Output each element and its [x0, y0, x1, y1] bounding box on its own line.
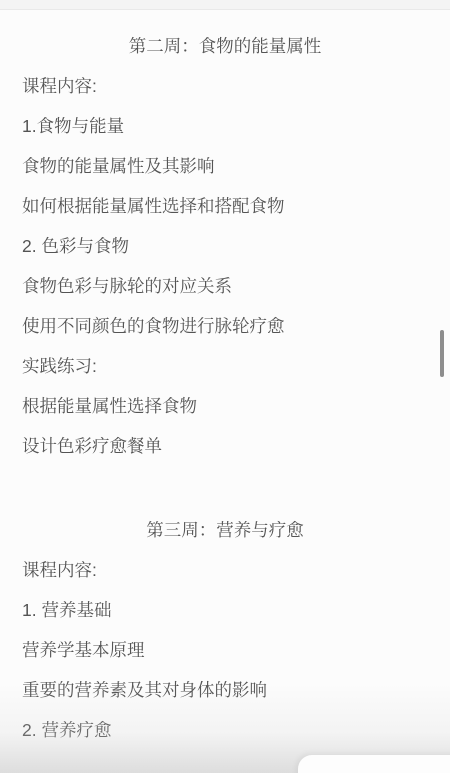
outline-line: 2. 色彩与食物 — [22, 226, 428, 266]
outline-line: 如何根据能量属性选择和搭配食物 — [22, 186, 428, 226]
outline-line: 食物的能量属性及其影响 — [22, 146, 428, 186]
outline-line: 课程内容: — [22, 550, 428, 590]
outline-line: 使用不同颜色的食物进行脉轮疗愈 — [22, 306, 428, 346]
course-outline-text: 第二周：食物的能量属性 课程内容: 1.食物与能量 食物的能量属性及其影响 如何… — [22, 0, 428, 750]
outline-line: 课程内容: — [22, 66, 428, 106]
outline-line: 2. 营养疗愈 — [22, 710, 428, 750]
week-2-title: 第二周：食物的能量属性 — [22, 26, 428, 66]
outline-line: 实践练习: — [22, 346, 428, 386]
scrollbar-thumb[interactable] — [440, 330, 444, 377]
outline-line: 重要的营养素及其对身体的影响 — [22, 670, 428, 710]
outline-line: 1.食物与能量 — [22, 106, 428, 146]
outline-line: 食物色彩与脉轮的对应关系 — [22, 266, 428, 306]
week-3-title: 第三周：营养与疗愈 — [22, 510, 428, 550]
outline-line: 设计色彩疗愈餐单 — [22, 426, 428, 466]
outline-line: 根据能量属性选择食物 — [22, 386, 428, 426]
bottom-sheet-corner[interactable] — [298, 755, 450, 773]
outline-line: 营养学基本原理 — [22, 630, 428, 670]
outline-line: 1. 营养基础 — [22, 590, 428, 630]
